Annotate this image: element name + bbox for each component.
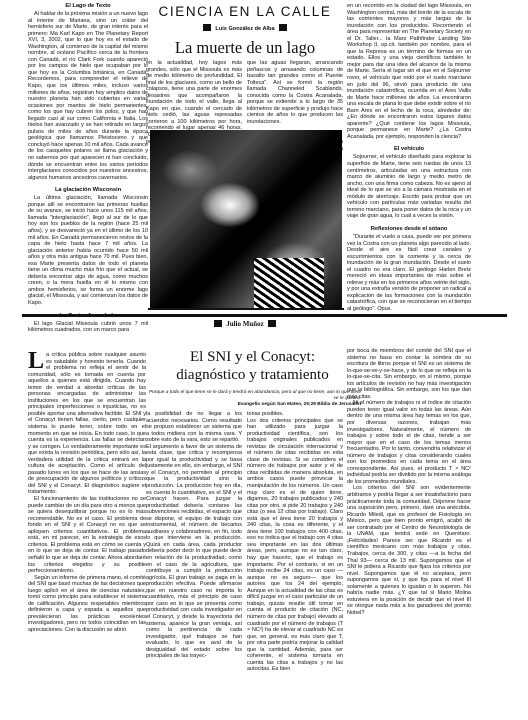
article1-paragraph: Sojourner, el vehículo diseñado para exp… (347, 154, 471, 219)
article2-byline: Julio Muñoz (150, 320, 340, 328)
article1-column-1: El Lago de Texto Al hablar de la próxima… (28, 3, 148, 334)
subhead-glaciacion-wisconsin: La glaciación Wisconsin (28, 187, 148, 194)
article1-paragraph: La última glaciación, llamada Wisconsin … (28, 195, 148, 306)
drop-cap: L (28, 352, 44, 370)
square-bullet-icon (214, 320, 222, 327)
author-name: Luis González de Alba (215, 26, 274, 32)
article1-byline: Luis González de Alba (150, 24, 340, 32)
article1-paragraph: que las aguas llegaran, arrancando peñas… (247, 60, 343, 125)
article1-photo (150, 130, 342, 308)
square-bullet-icon (203, 24, 211, 31)
epigraph-quote: Porque a todo el que tiene se le dará y … (146, 390, 361, 402)
article1-paragraph: El lago Glacial Missoula cubrió unos 7 m… (28, 321, 148, 334)
article2-headline: El SNI y el Conacyt: diagnóstico y trata… (150, 348, 355, 384)
article2-paragraph: La crítica pública sobre cualquier asunt… (28, 352, 146, 496)
epigraph-source: Evangelio según San Mateo, 25;29 Biblia … (146, 402, 361, 408)
article2-paragraph: Ni el número de trabajos ni el índice de… (347, 400, 471, 485)
subhead-reflexiones: Reflexiones desde el sótano (347, 226, 471, 233)
article2-column-2: la posibilidad de no llegar a los acuerd… (146, 411, 242, 660)
subhead-vehiculo: El vehículo (347, 146, 471, 153)
article2-column-1: La crítica pública sobre cualquier asunt… (28, 352, 146, 634)
article2-paragraph: la posibilidad de no llegar a los acuerd… (146, 411, 242, 660)
author-name: Julio Muñoz (226, 320, 264, 328)
article2-epigraph: Porque a todo el que tiene se le dará y … (146, 390, 361, 408)
square-bullet-icon (279, 24, 287, 31)
article2-paragraph: torias posibles. Los dos criterios princ… (247, 411, 343, 673)
section-title: CIENCIA EN LA CALLE (150, 4, 340, 19)
section-divider-rule (22, 314, 507, 317)
article1-column-4: en un recorrido en la ciudad del lago Mi… (347, 3, 471, 313)
subhead-lago-texto: El Lago de Texto (28, 3, 148, 10)
paragraph-text: a crítica pública sobre cualquier asunto… (28, 352, 146, 495)
article1-paragraph: "Durante el vuelo a casa, puede ver por … (347, 234, 471, 313)
article2-paragraph: por boca de miembros del comité del SNI … (347, 348, 471, 400)
article2-column-3: torias posibles. Los dos criterios princ… (247, 411, 343, 673)
article1-headline: La muerte de un lago (150, 38, 340, 58)
headline-line-2: diagnóstico y tratamiento (150, 366, 355, 384)
article1-paragraph: Al hablar de la próxima misión a un nuev… (28, 11, 148, 181)
photo-striped-fabric (254, 258, 324, 308)
article2-paragraph: Según un informe de primera mano, el com… (28, 575, 146, 634)
headline-line-1: El SNI y el Conacyt: (150, 348, 355, 366)
square-bullet-icon (268, 320, 276, 327)
photo-baseline-rule (148, 308, 344, 310)
article2-paragraph: Los criterios del SNI son evidentemente … (347, 485, 471, 616)
article1-paragraph: en un recorrido en la ciudad del lago Mi… (347, 3, 471, 140)
article2-column-4: por boca de miembros del comité del SNI … (347, 348, 471, 616)
article2-paragraph: El funcionamiento de las instituciones n… (28, 496, 146, 575)
